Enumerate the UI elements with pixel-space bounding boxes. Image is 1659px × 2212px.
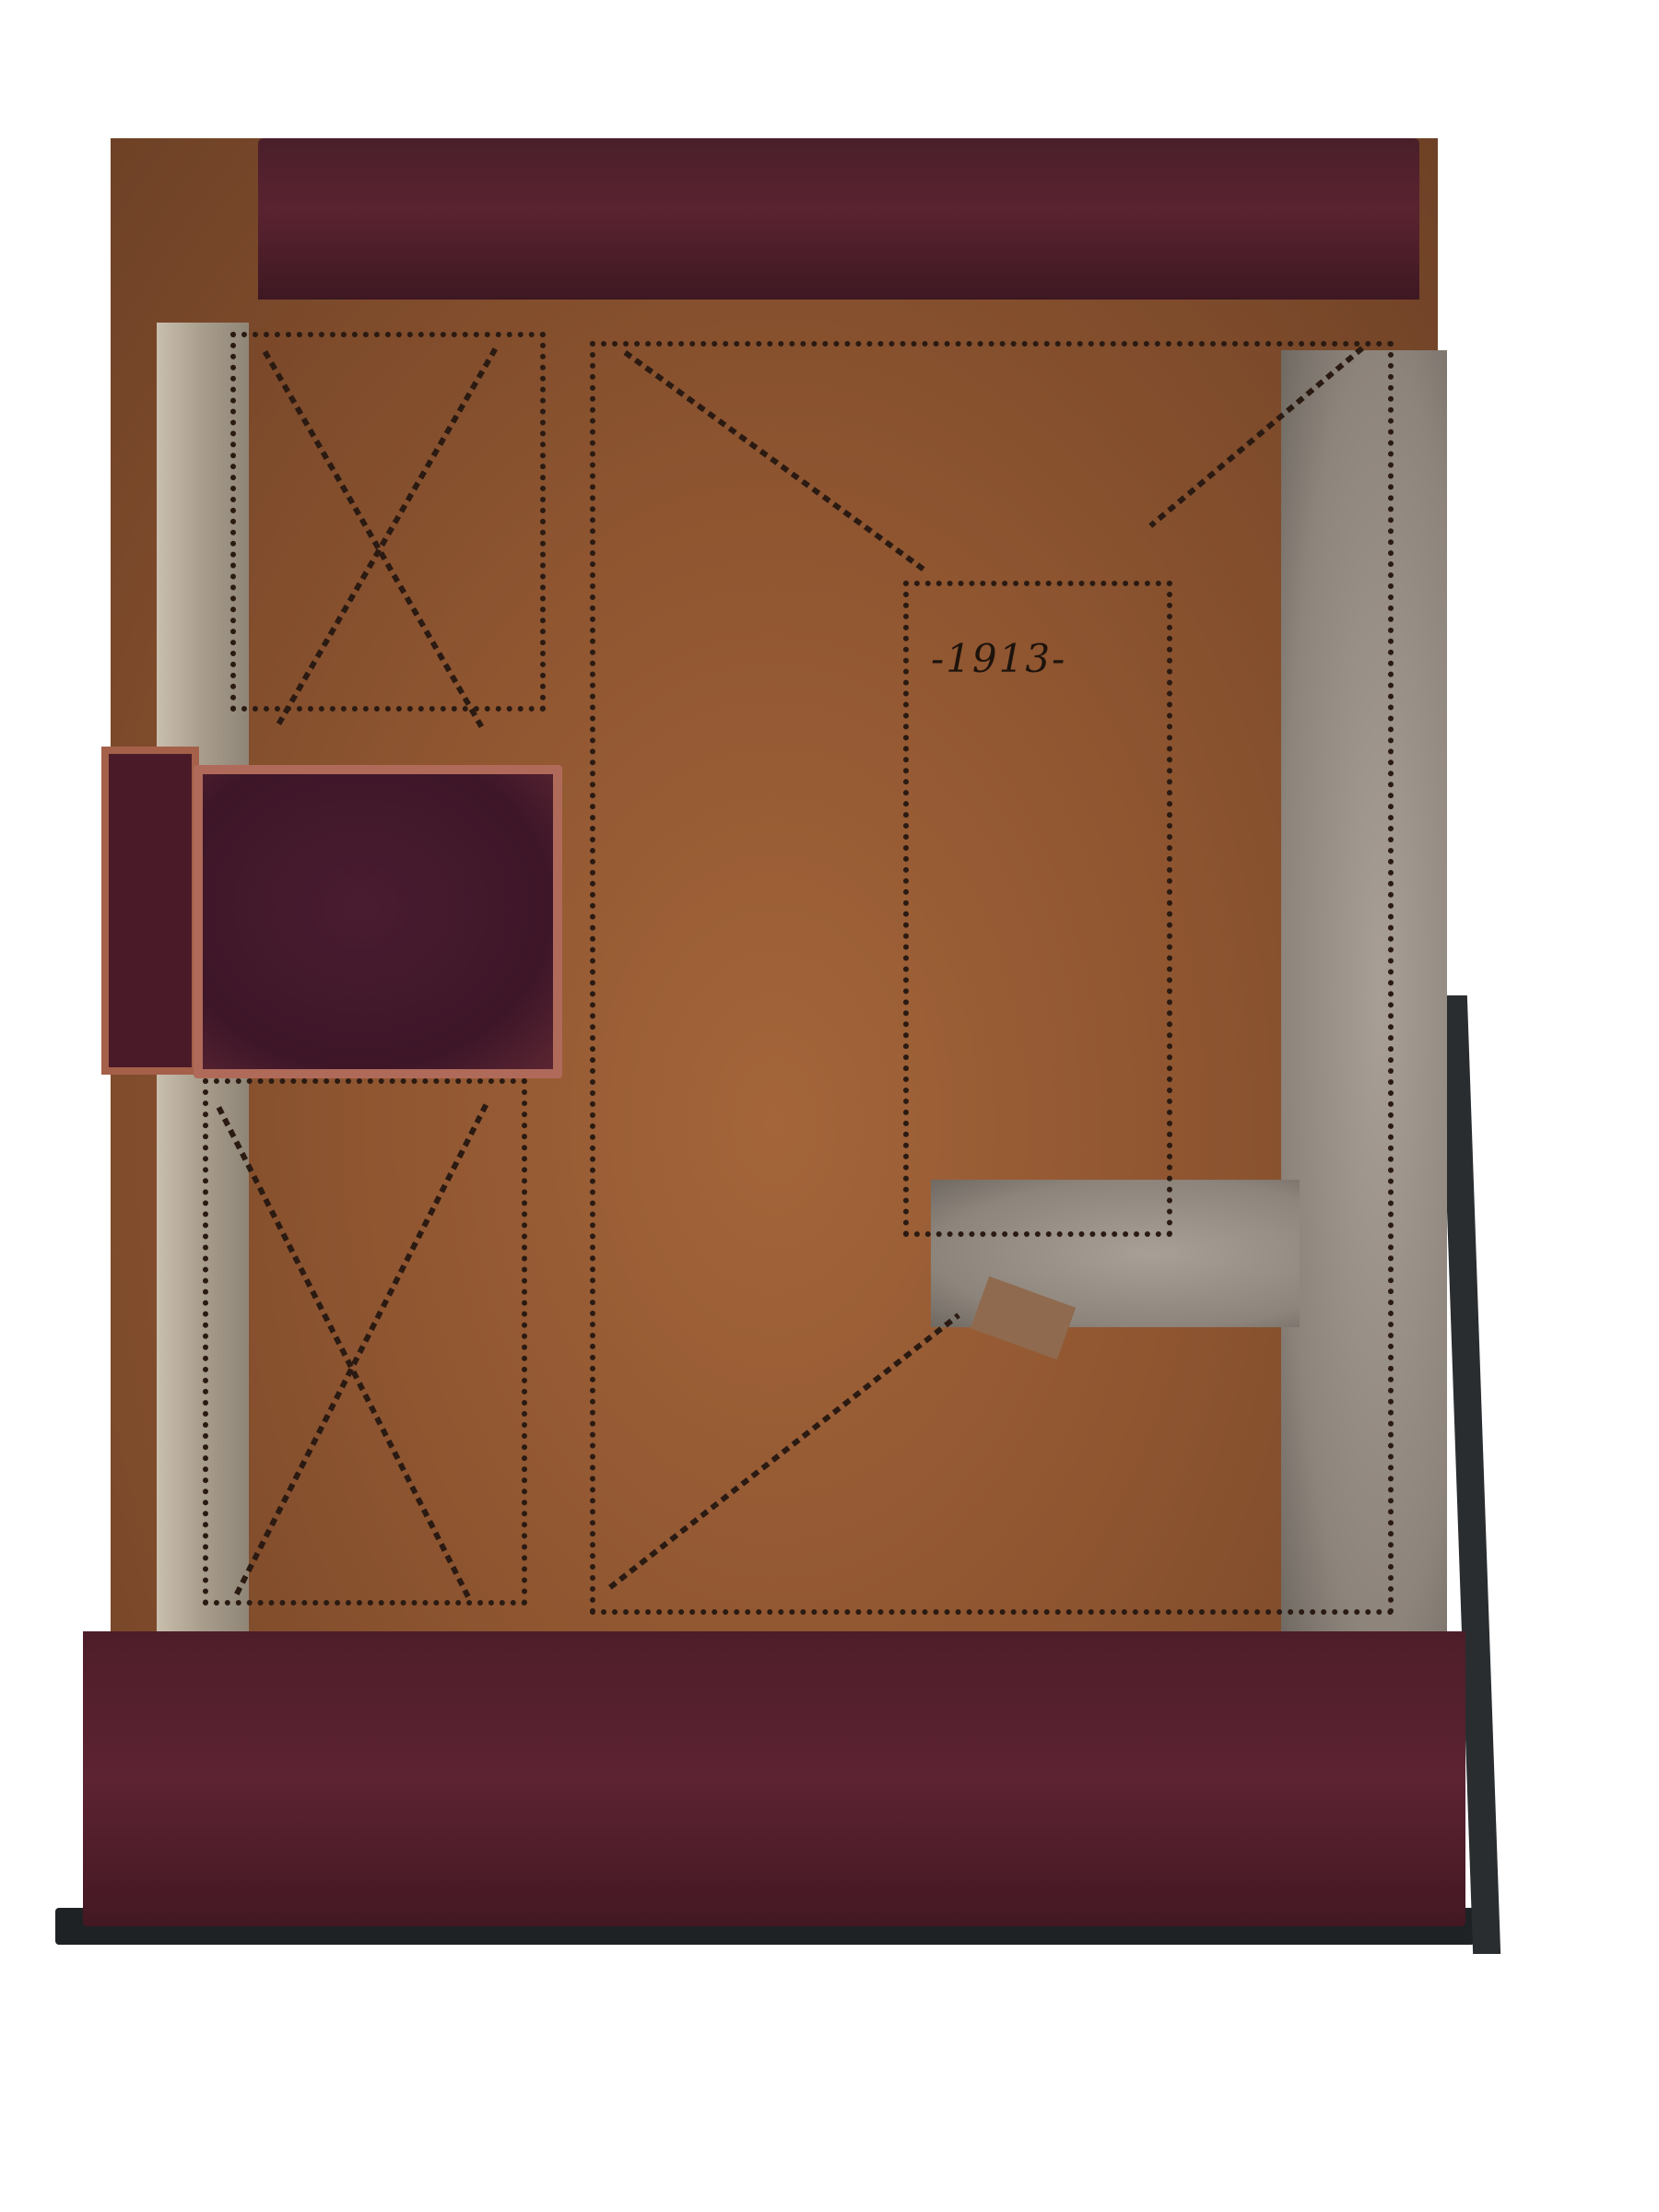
ledger-photo: -1913- <box>0 0 1659 2212</box>
burgundy-bottom-band <box>83 1631 1465 1926</box>
burgundy-top-band <box>258 138 1419 300</box>
burgundy-label <box>194 765 562 1078</box>
handwritten-year: -1913- <box>931 636 1066 681</box>
tooled-panel-upper <box>230 332 546 712</box>
spine-label-fragment <box>101 747 199 1075</box>
